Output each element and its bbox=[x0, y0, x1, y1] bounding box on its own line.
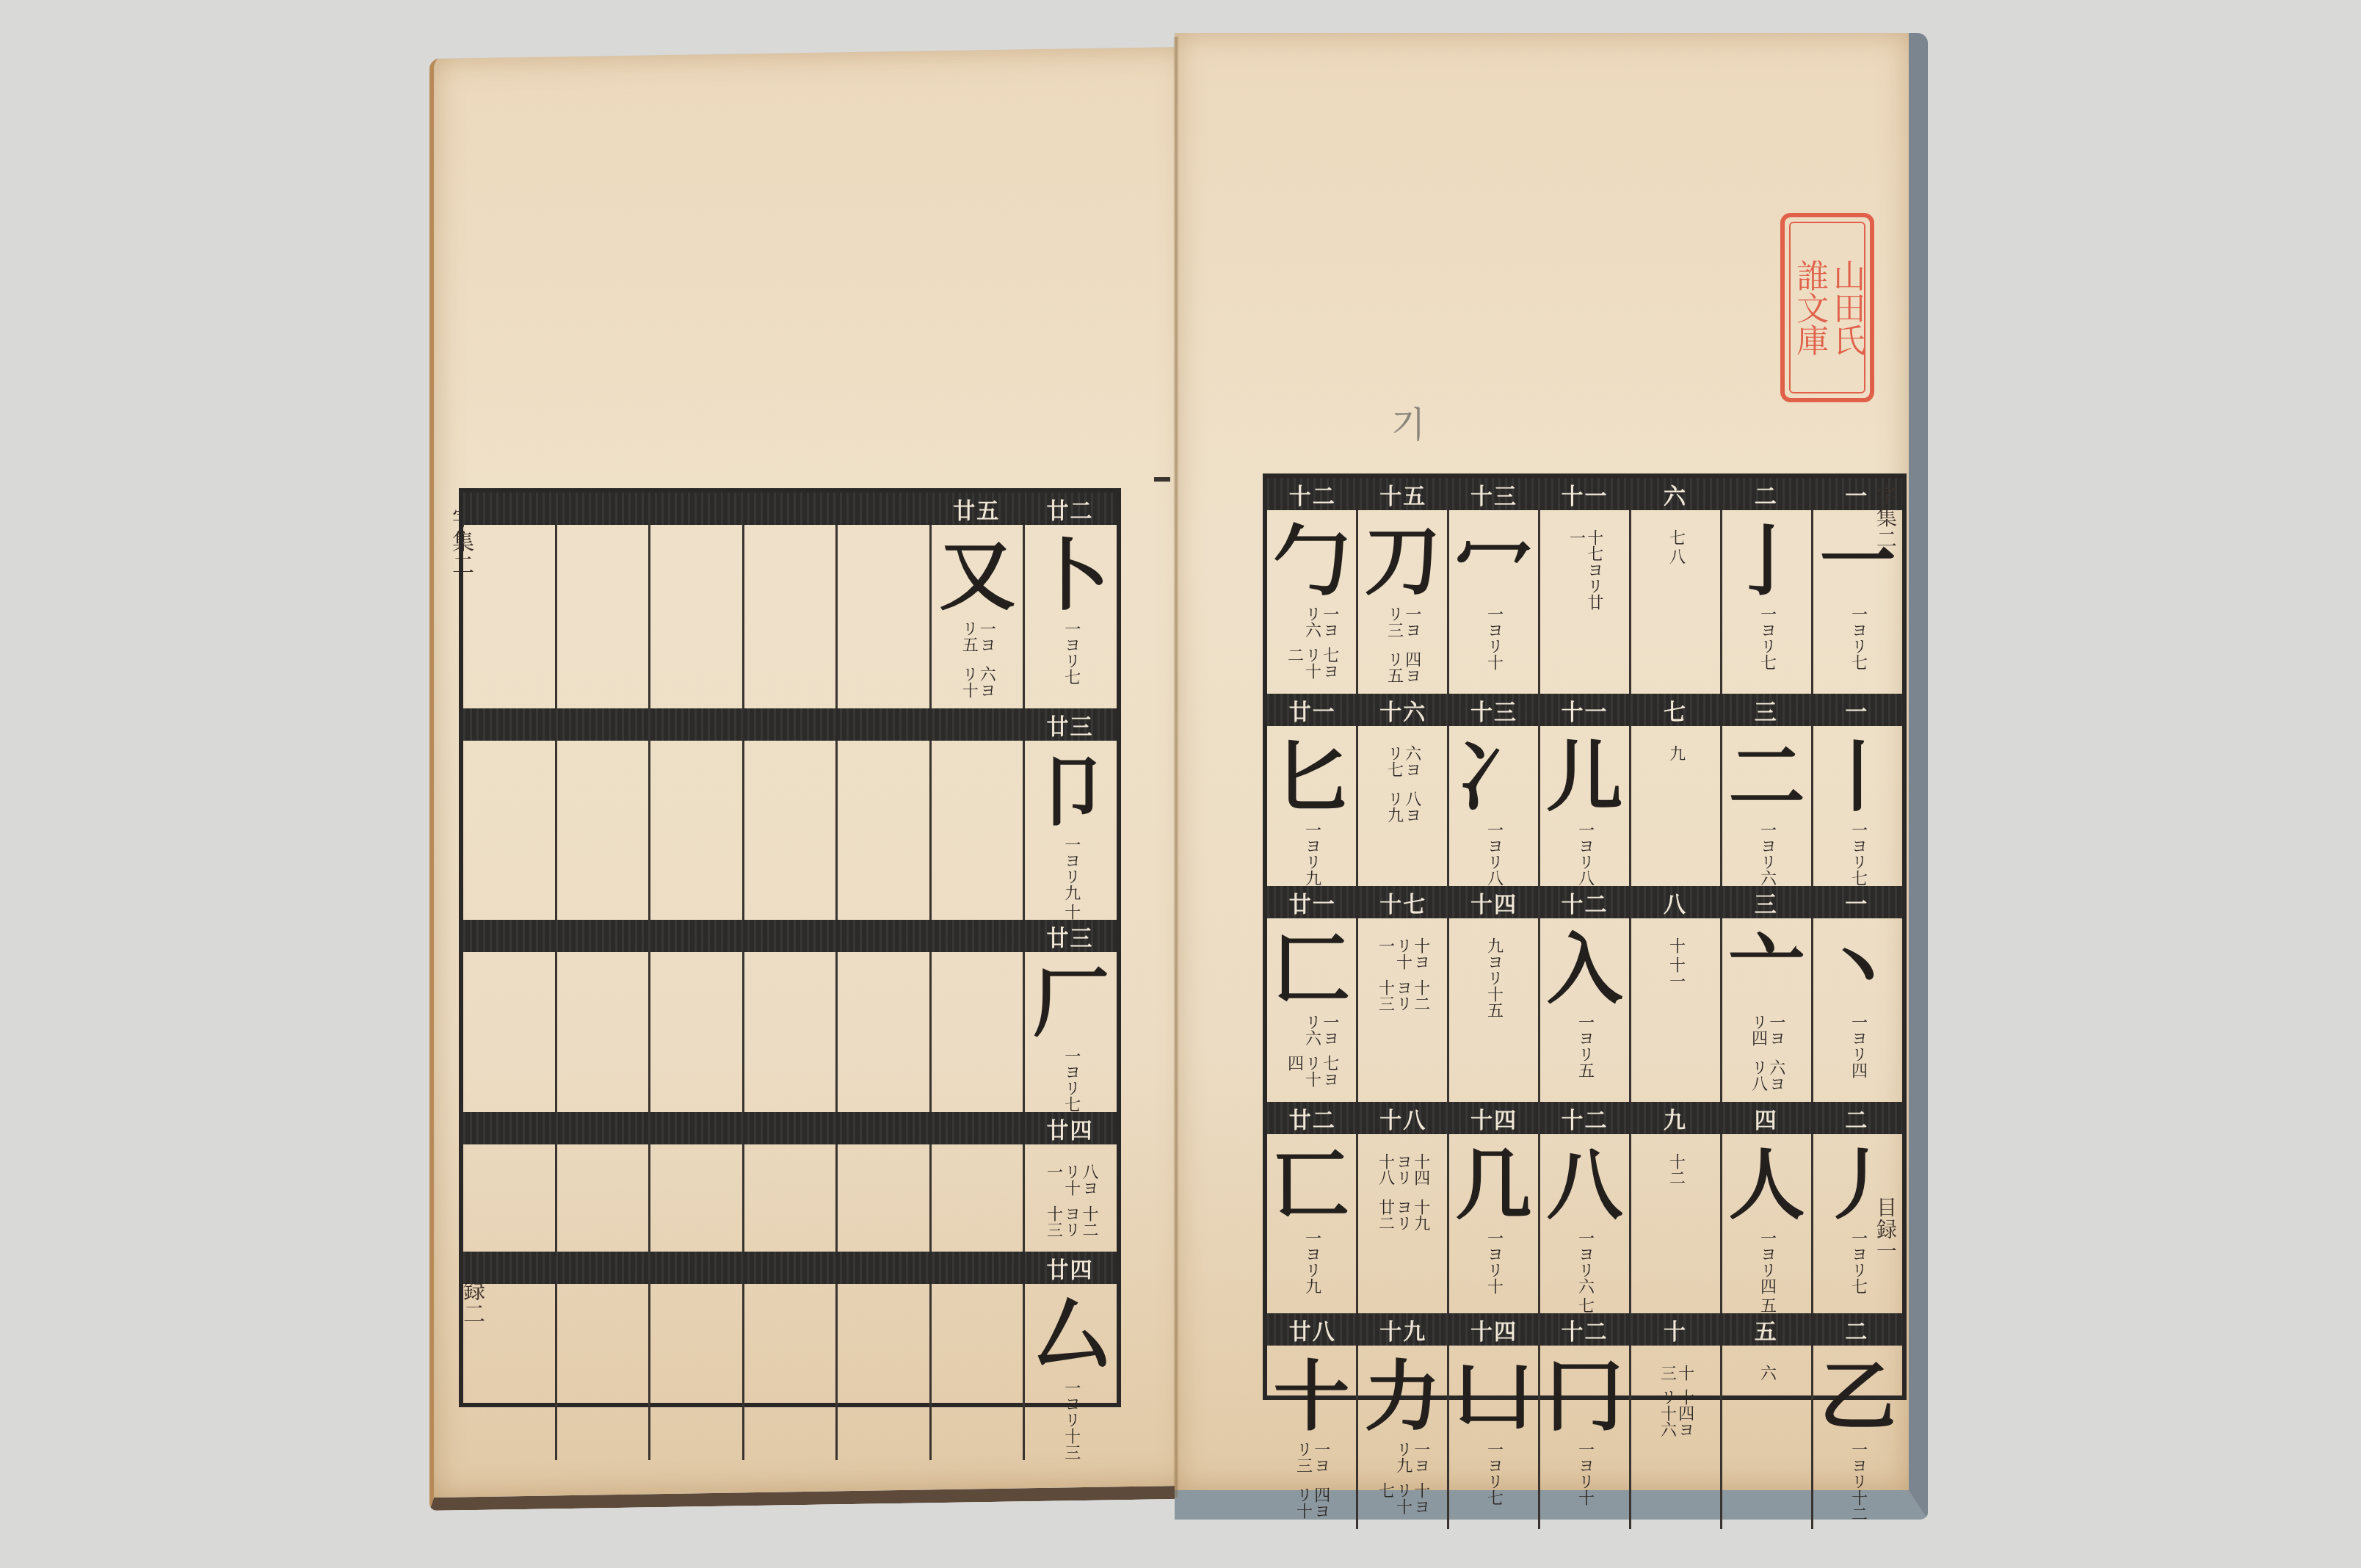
radical-cell: 力一ヨリ九十ヨリ十七 bbox=[1356, 1346, 1447, 1529]
row-header-band: 廿四 bbox=[463, 1252, 1117, 1284]
page-range: 一ヨリ六 bbox=[1285, 606, 1338, 644]
radical-cell bbox=[555, 1284, 649, 1460]
stroke-count-header: 十三 bbox=[1448, 694, 1539, 726]
stroke-count-header: 廿一 bbox=[1267, 694, 1358, 726]
row-header-band: 二五十十二十四十九廿八 bbox=[1267, 1313, 1902, 1346]
radical-cell bbox=[929, 741, 1023, 920]
radical-cell: 八一ヨリ六七 bbox=[1538, 1134, 1629, 1313]
radical-cell bbox=[835, 741, 929, 920]
radical-cell: 卜一ヨリ七 bbox=[1023, 525, 1117, 708]
radical-row: 丨一ヨリ七二一ヨリ六九儿一ヨリ八冫一ヨリ八六ヨリ七八ヨリ九匕一ヨリ九 bbox=[1267, 726, 1902, 886]
stroke-count-header bbox=[650, 1112, 743, 1144]
stroke-count-header: 廿四 bbox=[1023, 1112, 1117, 1144]
page-range: 十二ヨリ十三 bbox=[1044, 1205, 1098, 1252]
page-range-list: 一ヨリ五 bbox=[1575, 1014, 1593, 1078]
radical-cell bbox=[648, 1284, 742, 1460]
stroke-count-header: 二 bbox=[1811, 1102, 1902, 1134]
stroke-count-header bbox=[556, 1112, 650, 1144]
right-radical-table: 一二六十一十三十五十二一一ヨリ七亅一ヨリ七七八十七ヨリ廿一冖一ヨリ十刀一ヨリ三四… bbox=[1263, 473, 1907, 1400]
row-header-band: 一三八十二十四十七廿一 bbox=[1267, 886, 1902, 918]
radical-cell bbox=[463, 1144, 555, 1252]
page-range: 一ヨリ七 bbox=[1849, 606, 1866, 670]
stroke-count-header: 廿四 bbox=[1023, 1252, 1117, 1284]
radical-cell bbox=[648, 741, 742, 920]
page-range: 八 bbox=[1667, 548, 1684, 565]
stroke-count-header bbox=[837, 1252, 930, 1284]
radical-cell: 冫一ヨリ八 bbox=[1447, 726, 1538, 886]
radical-cell bbox=[742, 1284, 836, 1460]
stroke-count-header: 八 bbox=[1630, 886, 1721, 918]
radical-glyph: 亠 bbox=[1728, 932, 1805, 1008]
radical-glyph: 刀 bbox=[1364, 523, 1440, 600]
radical-cell: 又一ヨリ五六ヨリ十 bbox=[929, 525, 1023, 708]
radical-cell: 厶一ヨリ十三 bbox=[1023, 1284, 1117, 1460]
stroke-count-header: 十一 bbox=[1539, 478, 1631, 510]
radical-glyph: 乙 bbox=[1819, 1359, 1896, 1435]
radical-cell: 冂一ヨリ十 bbox=[1538, 1346, 1629, 1529]
page-range-list: 一ヨリ十二 bbox=[1849, 1441, 1866, 1522]
radical-cell: 厂一ヨリ七 bbox=[1023, 952, 1117, 1112]
radical-row: 丿一ヨリ七人一ヨリ四五十二八一ヨリ六七几一ヨリ十十四ヨリ十八十九ヨリ廿二匸一ヨリ… bbox=[1267, 1134, 1902, 1313]
page-range: 七ヨリ十二 bbox=[1285, 647, 1338, 694]
page-range: 一ヨリ三 bbox=[1385, 606, 1420, 648]
radical-glyph: 丶 bbox=[1819, 932, 1896, 1008]
radical-cell: 十四ヨリ十八十九ヨリ廿二 bbox=[1356, 1134, 1447, 1313]
radical-cell bbox=[929, 1144, 1023, 1252]
page-range: 一ヨリ六 bbox=[1285, 1014, 1338, 1052]
radical-cell: 十ヨリ十一十二ヨリ十三 bbox=[1356, 918, 1447, 1102]
stroke-count-header bbox=[650, 708, 743, 741]
page-range-list: 一ヨリ十 bbox=[1575, 1441, 1593, 1506]
radical-cell: 冖一ヨリ十 bbox=[1447, 510, 1538, 694]
page-range: 九 bbox=[1667, 745, 1684, 761]
stroke-count-header: 十四 bbox=[1448, 1102, 1539, 1134]
stroke-count-header bbox=[837, 708, 930, 741]
radical-cell bbox=[835, 1144, 929, 1252]
radical-cell bbox=[648, 1144, 742, 1252]
stroke-count-header: 十二 bbox=[1267, 478, 1358, 510]
page-range-list: 一ヨリ九十 bbox=[1062, 836, 1080, 920]
row-header-band: 二四九十二十四十八廿二 bbox=[1267, 1102, 1902, 1134]
radical-cell: 人一ヨリ四五 bbox=[1720, 1134, 1811, 1313]
seal-inner-frame: 山田氏 誰文庫 bbox=[1789, 222, 1865, 393]
page-range: 八ヨリ九 bbox=[1385, 791, 1420, 833]
page-range: 五 bbox=[1758, 1297, 1775, 1313]
page-range-list: 一ヨリ七 bbox=[1062, 1048, 1080, 1112]
page-range-list: 一ヨリ七 bbox=[1849, 606, 1866, 670]
seal-column-2: 誰文庫 bbox=[1791, 259, 1827, 356]
page-range-list: 一ヨリ九 bbox=[1302, 821, 1320, 886]
page-range-list: 九 bbox=[1667, 745, 1684, 761]
stroke-count-header: 一 bbox=[1811, 886, 1902, 918]
page-range: 七 bbox=[1575, 1297, 1593, 1313]
stroke-count-header bbox=[930, 920, 1023, 952]
radical-row: 乙一ヨリ十二六十三十四ヨリ十六冂一ヨリ十凵一ヨリ七力一ヨリ九十ヨリ十七十一ヨリ三… bbox=[1267, 1346, 1902, 1529]
left-radical-table: 廿二廿五卜一ヨリ七又一ヨリ五六ヨリ十廿三卩一ヨリ九十廿三厂一ヨリ七廿四八ヨリ十一… bbox=[459, 488, 1121, 1407]
radical-glyph: 厂 bbox=[1033, 965, 1109, 1042]
stroke-count-header: 十四 bbox=[1448, 886, 1539, 918]
radical-glyph: 冖 bbox=[1455, 523, 1531, 600]
page-range: 一ヨリ十三 bbox=[1062, 1379, 1080, 1460]
radical-cell: 六ヨリ七八ヨリ九 bbox=[1356, 726, 1447, 886]
photo-scene: 字集二 目録二 廿二廿五卜一ヨリ七又一ヨリ五六ヨリ十廿三卩一ヨリ九十廿三厂一ヨリ… bbox=[0, 0, 2361, 1568]
page-range: 一ヨリ七 bbox=[1849, 1230, 1866, 1294]
radical-cell: 丨一ヨリ七 bbox=[1811, 726, 1902, 886]
page-range: 一ヨリ四 bbox=[1758, 1230, 1775, 1294]
stroke-count-header: 十一 bbox=[1539, 694, 1631, 726]
red-seal-stamp: 山田氏 誰文庫 bbox=[1780, 213, 1874, 402]
right-margin-footer: 目録一 bbox=[1871, 1197, 1900, 1263]
radical-cell: 亅一ヨリ七 bbox=[1720, 510, 1811, 694]
page-range: 一ヨリ十 bbox=[1484, 606, 1502, 670]
radical-cell: 丶一ヨリ四 bbox=[1811, 918, 1902, 1102]
stroke-count-header bbox=[463, 1252, 556, 1284]
radical-cell: 勹一ヨリ六七ヨリ十二 bbox=[1267, 510, 1356, 694]
page-range: 六 bbox=[1758, 1365, 1775, 1381]
radical-cell bbox=[742, 741, 836, 920]
radical-cell: 凵一ヨリ七 bbox=[1447, 1346, 1538, 1529]
page-range-list: 一ヨリ三四ヨリ五 bbox=[1385, 606, 1420, 694]
row-header-band: 廿二廿五 bbox=[463, 493, 1117, 525]
page-range: 六ヨリ七 bbox=[1385, 745, 1420, 788]
stroke-count-header: 四 bbox=[1721, 1102, 1812, 1134]
radical-cell: 几一ヨリ十 bbox=[1447, 1134, 1538, 1313]
stroke-count-header: 廿一 bbox=[1267, 886, 1358, 918]
page-range-list: 八ヨリ十一十二ヨリ十三 bbox=[1044, 1164, 1098, 1252]
page-range-list: 一ヨリ十 bbox=[1484, 606, 1502, 670]
page-range: 一ヨリ九 bbox=[1302, 821, 1320, 886]
stroke-count-header: 十 bbox=[1630, 1313, 1721, 1346]
page-range: 一ヨリ六 bbox=[1758, 821, 1775, 886]
stroke-count-header: 十二 bbox=[1539, 1313, 1631, 1346]
row-header-band: 一二六十一十三十五十二 bbox=[1267, 478, 1902, 510]
page-range: 一ヨリ三 bbox=[1294, 1441, 1329, 1484]
radical-cell: 九ヨリ十五 bbox=[1447, 918, 1538, 1102]
radical-glyph: 二 bbox=[1728, 739, 1805, 816]
page-range-list: 十十一 bbox=[1667, 937, 1684, 989]
stroke-count-header bbox=[743, 1112, 836, 1144]
radical-cell: 亠一ヨリ四六ヨリ八 bbox=[1720, 918, 1811, 1102]
pencil-mark: 기 bbox=[1391, 396, 1425, 447]
radical-glyph: 丨 bbox=[1819, 739, 1896, 816]
page-range: 一ヨリ七 bbox=[1484, 1441, 1502, 1506]
page-range: 十 bbox=[1062, 904, 1080, 920]
radical-glyph: 匕 bbox=[1273, 739, 1349, 816]
stroke-count-header: 十八 bbox=[1358, 1102, 1449, 1134]
radical-glyph: 冫 bbox=[1455, 739, 1531, 816]
radical-glyph: 几 bbox=[1455, 1147, 1531, 1224]
stroke-count-header: 三 bbox=[1721, 694, 1812, 726]
stroke-count-header: 十五 bbox=[1358, 478, 1449, 510]
page-range-list: 七八 bbox=[1667, 529, 1684, 565]
stroke-count-header bbox=[837, 493, 930, 525]
radical-glyph: 儿 bbox=[1546, 739, 1622, 816]
radical-glyph: 入 bbox=[1546, 932, 1622, 1008]
radical-cell: 八ヨリ十一十二ヨリ十三 bbox=[1023, 1144, 1117, 1252]
radical-glyph: 八 bbox=[1546, 1147, 1622, 1224]
radical-glyph: 力 bbox=[1364, 1359, 1440, 1435]
stroke-count-header: 六 bbox=[1630, 478, 1721, 510]
radical-glyph: 卜 bbox=[1033, 538, 1109, 614]
stroke-count-header: 廿三 bbox=[1023, 920, 1117, 952]
page-range: 八ヨリ十一 bbox=[1044, 1164, 1098, 1202]
radical-cell bbox=[555, 952, 649, 1112]
radical-row: 卜一ヨリ七又一ヨリ五六ヨリ十 bbox=[463, 525, 1117, 708]
radical-cell: 十十一 bbox=[1629, 918, 1720, 1102]
page-range: 一ヨリ四 bbox=[1849, 1014, 1866, 1078]
page-range: 一ヨリ七 bbox=[1758, 606, 1775, 670]
page-range-list: 一ヨリ七 bbox=[1849, 821, 1866, 886]
page-range-list: 一ヨリ六七ヨリ十四 bbox=[1285, 1014, 1338, 1102]
page-range: 十ヨリ十七 bbox=[1376, 1482, 1429, 1529]
radical-cell: 十七ヨリ廿一 bbox=[1538, 510, 1629, 694]
radical-cell bbox=[463, 952, 555, 1112]
radical-glyph: 匚 bbox=[1273, 932, 1349, 1008]
radical-cell bbox=[929, 952, 1023, 1112]
radical-glyph: 人 bbox=[1728, 1147, 1805, 1224]
radical-cell bbox=[742, 525, 836, 708]
page-range: 十一 bbox=[1667, 957, 1684, 989]
seal-column-1: 山田氏 bbox=[1828, 259, 1863, 356]
page-range: 十二ヨリ十三 bbox=[1376, 979, 1429, 1026]
page-range-list: 一ヨリ三四ヨリ十 bbox=[1294, 1441, 1329, 1529]
radical-cell: 乙一ヨリ十二 bbox=[1811, 1346, 1902, 1529]
page-range: 六ヨリ八 bbox=[1749, 1059, 1784, 1102]
page-range-list: 一ヨリ六七 bbox=[1575, 1230, 1593, 1313]
radical-cell: 儿一ヨリ八 bbox=[1538, 726, 1629, 886]
radical-glyph: 厶 bbox=[1033, 1297, 1109, 1373]
page-range: 四ヨリ五 bbox=[1385, 651, 1420, 694]
page-range: 一ヨリ九 bbox=[1376, 1441, 1429, 1479]
stroke-count-header bbox=[556, 493, 650, 525]
radical-cell: 十一ヨリ三四ヨリ十 bbox=[1267, 1346, 1356, 1529]
stroke-count-header bbox=[743, 708, 836, 741]
stroke-count-header: 七 bbox=[1630, 694, 1721, 726]
binding-thread-mark bbox=[1154, 477, 1170, 482]
radical-cell: 匚一ヨリ六七ヨリ十四 bbox=[1267, 918, 1356, 1102]
page-range: 一ヨリ九 bbox=[1302, 1230, 1320, 1294]
radical-cell bbox=[648, 525, 742, 708]
radical-cell: 刀一ヨリ三四ヨリ五 bbox=[1356, 510, 1447, 694]
stroke-count-header: 廿二 bbox=[1023, 493, 1117, 525]
page-range: 七 bbox=[1667, 529, 1684, 545]
page-range: 四ヨリ十 bbox=[1294, 1487, 1329, 1529]
page-range: 一ヨリ四 bbox=[1749, 1014, 1784, 1056]
page-range-list: 十三十四ヨリ十六 bbox=[1658, 1365, 1693, 1453]
stroke-count-header: 九 bbox=[1630, 1102, 1721, 1134]
page-range: 一ヨリ五 bbox=[960, 620, 995, 663]
stroke-count-header bbox=[650, 1252, 743, 1284]
radical-glyph: 匸 bbox=[1273, 1147, 1349, 1224]
radical-cell bbox=[835, 1284, 929, 1460]
stroke-count-header: 廿二 bbox=[1267, 1102, 1358, 1134]
row-header-band: 一三七十一十三十六廿一 bbox=[1267, 694, 1902, 726]
stroke-count-header: 廿三 bbox=[1023, 708, 1117, 741]
radical-cell bbox=[555, 1144, 649, 1252]
page-range-list: 十四ヨリ十八十九ヨリ廿二 bbox=[1376, 1153, 1429, 1241]
radical-cell: 十三十四ヨリ十六 bbox=[1629, 1346, 1720, 1529]
page-range-list: 一ヨリ四 bbox=[1849, 1014, 1866, 1078]
stroke-count-header: 二 bbox=[1811, 1313, 1902, 1346]
stroke-count-header bbox=[463, 708, 556, 741]
radical-cell bbox=[555, 525, 649, 708]
radical-cell bbox=[742, 1144, 836, 1252]
radical-glyph: 勹 bbox=[1273, 523, 1349, 600]
radical-row: 厶一ヨリ十三 bbox=[463, 1284, 1117, 1460]
page-range: 十二 bbox=[1667, 1153, 1684, 1186]
stroke-count-header bbox=[650, 493, 743, 525]
page-range: 十九ヨリ廿二 bbox=[1376, 1199, 1429, 1241]
radical-row: 丶一ヨリ四亠一ヨリ四六ヨリ八十十一入一ヨリ五九ヨリ十五十ヨリ十一十二ヨリ十三匚一… bbox=[1267, 918, 1902, 1102]
stroke-count-header bbox=[743, 920, 836, 952]
row-header-band: 廿三 bbox=[463, 708, 1117, 741]
page-range: 一ヨリ十 bbox=[1575, 1441, 1593, 1506]
radical-cell: 十二 bbox=[1629, 1134, 1720, 1313]
page-range-list: 一ヨリ九 bbox=[1302, 1230, 1320, 1294]
radical-cell: 六 bbox=[1720, 1346, 1811, 1529]
page-range-list: 一ヨリ八 bbox=[1484, 821, 1502, 886]
stroke-count-header: 十四 bbox=[1448, 1313, 1539, 1346]
page-range: 六ヨリ十 bbox=[960, 666, 995, 708]
radical-cell: 匸一ヨリ九 bbox=[1267, 1134, 1356, 1313]
radical-glyph: 十 bbox=[1273, 1359, 1349, 1435]
row-header-band: 廿四 bbox=[463, 1112, 1117, 1144]
stroke-count-header bbox=[463, 920, 556, 952]
page-range-list: 六ヨリ七八ヨリ九 bbox=[1385, 745, 1420, 833]
radical-row: 卩一ヨリ九十 bbox=[463, 741, 1117, 920]
page-range: 一ヨリ七 bbox=[1849, 821, 1866, 886]
page-range: 十四ヨリ十八 bbox=[1376, 1153, 1429, 1196]
page-range: 九ヨリ十五 bbox=[1484, 937, 1502, 1018]
page-range: 七ヨリ十四 bbox=[1285, 1055, 1338, 1102]
radical-cell: 七八 bbox=[1629, 510, 1720, 694]
stroke-count-header: 十二 bbox=[1539, 886, 1631, 918]
radical-cell bbox=[463, 525, 555, 708]
page-range: 一ヨリ七 bbox=[1062, 620, 1080, 685]
stroke-count-header: 一 bbox=[1811, 694, 1902, 726]
stroke-count-header: 十九 bbox=[1358, 1313, 1449, 1346]
stroke-count-header: 五 bbox=[1721, 1313, 1812, 1346]
page-range: 十三 bbox=[1658, 1365, 1693, 1386]
page-range: 一ヨリ九 bbox=[1062, 836, 1080, 901]
stroke-count-header bbox=[463, 1112, 556, 1144]
stroke-count-header bbox=[743, 1252, 836, 1284]
stroke-count-header bbox=[930, 1252, 1023, 1284]
radical-row: 八ヨリ十一十二ヨリ十三 bbox=[463, 1144, 1117, 1252]
radical-cell bbox=[555, 741, 649, 920]
page-range: 十ヨリ十一 bbox=[1376, 937, 1429, 976]
page-range-list: 一ヨリ六七ヨリ十二 bbox=[1285, 606, 1338, 694]
stroke-count-header: 廿八 bbox=[1267, 1313, 1358, 1346]
stroke-count-header bbox=[650, 920, 743, 952]
page-range-list: 一ヨリ七 bbox=[1758, 606, 1775, 670]
page-range: 一ヨリ五 bbox=[1575, 1014, 1593, 1078]
page-range-list: 一ヨリ七 bbox=[1062, 620, 1080, 685]
radical-glyph: 冂 bbox=[1546, 1359, 1622, 1435]
radical-cell bbox=[463, 741, 555, 920]
stroke-count-header bbox=[930, 1112, 1023, 1144]
radical-cell bbox=[929, 1284, 1023, 1460]
page-range: 十四ヨリ十六 bbox=[1658, 1389, 1693, 1453]
page-range-list: 一ヨリ九十ヨリ十七 bbox=[1376, 1441, 1429, 1529]
radical-cell: 匕一ヨリ九 bbox=[1267, 726, 1356, 886]
page-range-list: 十二 bbox=[1667, 1153, 1684, 1186]
radical-row: 一一ヨリ七亅一ヨリ七七八十七ヨリ廿一冖一ヨリ十刀一ヨリ三四ヨリ五勹一ヨリ六七ヨリ… bbox=[1267, 510, 1902, 694]
stroke-count-header: 十三 bbox=[1448, 478, 1539, 510]
stroke-count-header bbox=[930, 708, 1023, 741]
radical-cell: 卩一ヨリ九十 bbox=[1023, 741, 1117, 920]
radical-cell bbox=[835, 952, 929, 1112]
stroke-count-header: 十七 bbox=[1358, 886, 1449, 918]
page-range: 一ヨリ十二 bbox=[1849, 1441, 1866, 1522]
row-header-band: 廿三 bbox=[463, 920, 1117, 952]
page-range-list: 一ヨリ十 bbox=[1484, 1230, 1502, 1294]
page-range-list: 十ヨリ十一十二ヨリ十三 bbox=[1376, 937, 1429, 1026]
page-range: 十七ヨリ廿一 bbox=[1567, 529, 1602, 617]
radical-cell: 入一ヨリ五 bbox=[1538, 918, 1629, 1102]
stroke-count-header: 十六 bbox=[1358, 694, 1449, 726]
page-range: 一ヨリ十 bbox=[1484, 1230, 1502, 1294]
page-range: 一ヨリ七 bbox=[1062, 1048, 1080, 1112]
radical-glyph: 亅 bbox=[1728, 523, 1805, 600]
book-gutter bbox=[1173, 37, 1179, 1498]
page-range-list: 一ヨリ五六ヨリ十 bbox=[960, 620, 995, 708]
page-range-list: 一ヨリ四六ヨリ八 bbox=[1749, 1014, 1784, 1102]
radical-glyph: 凵 bbox=[1455, 1359, 1531, 1435]
page-range-list: 一ヨリ七 bbox=[1484, 1441, 1502, 1506]
page-range: 一ヨリ八 bbox=[1484, 821, 1502, 886]
page-range-list: 九ヨリ十五 bbox=[1484, 937, 1502, 1018]
stroke-count-header bbox=[463, 493, 556, 525]
stroke-count-header bbox=[556, 920, 650, 952]
stroke-count-header bbox=[743, 493, 836, 525]
stroke-count-header bbox=[556, 708, 650, 741]
radical-cell bbox=[742, 952, 836, 1112]
page-range-list: 一ヨリ六 bbox=[1758, 821, 1775, 886]
radical-cell bbox=[835, 525, 929, 708]
stroke-count-header bbox=[837, 1112, 930, 1144]
stroke-count-header bbox=[837, 920, 930, 952]
stroke-count-header: 廿五 bbox=[930, 493, 1023, 525]
stroke-count-header: 三 bbox=[1721, 886, 1812, 918]
stroke-count-header: 十二 bbox=[1539, 1102, 1631, 1134]
right-margin-title: 字集二 bbox=[1871, 484, 1900, 551]
radical-cell: 二一ヨリ六 bbox=[1720, 726, 1811, 886]
page-range-list: 六 bbox=[1758, 1365, 1775, 1381]
page-range-list: 一ヨリ四五 bbox=[1758, 1230, 1775, 1313]
page-range-list: 十七ヨリ廿一 bbox=[1567, 529, 1602, 617]
radical-cell: 九 bbox=[1629, 726, 1720, 886]
stroke-count-header: 二 bbox=[1721, 478, 1812, 510]
page-range: 十 bbox=[1667, 937, 1684, 954]
stroke-count-header bbox=[556, 1252, 650, 1284]
page-range-list: 一ヨリ十三 bbox=[1062, 1379, 1080, 1460]
radical-cell bbox=[648, 952, 742, 1112]
radical-glyph: 卩 bbox=[1033, 754, 1109, 830]
page-range: 一ヨリ八 bbox=[1575, 821, 1593, 886]
radical-cell bbox=[463, 1284, 555, 1460]
page-range: 一ヨリ六 bbox=[1575, 1230, 1593, 1294]
radical-glyph: 又 bbox=[939, 538, 1015, 614]
page-range-list: 一ヨリ七 bbox=[1849, 1230, 1866, 1294]
page-range-list: 一ヨリ八 bbox=[1575, 821, 1593, 886]
radical-row: 厂一ヨリ七 bbox=[463, 952, 1117, 1112]
